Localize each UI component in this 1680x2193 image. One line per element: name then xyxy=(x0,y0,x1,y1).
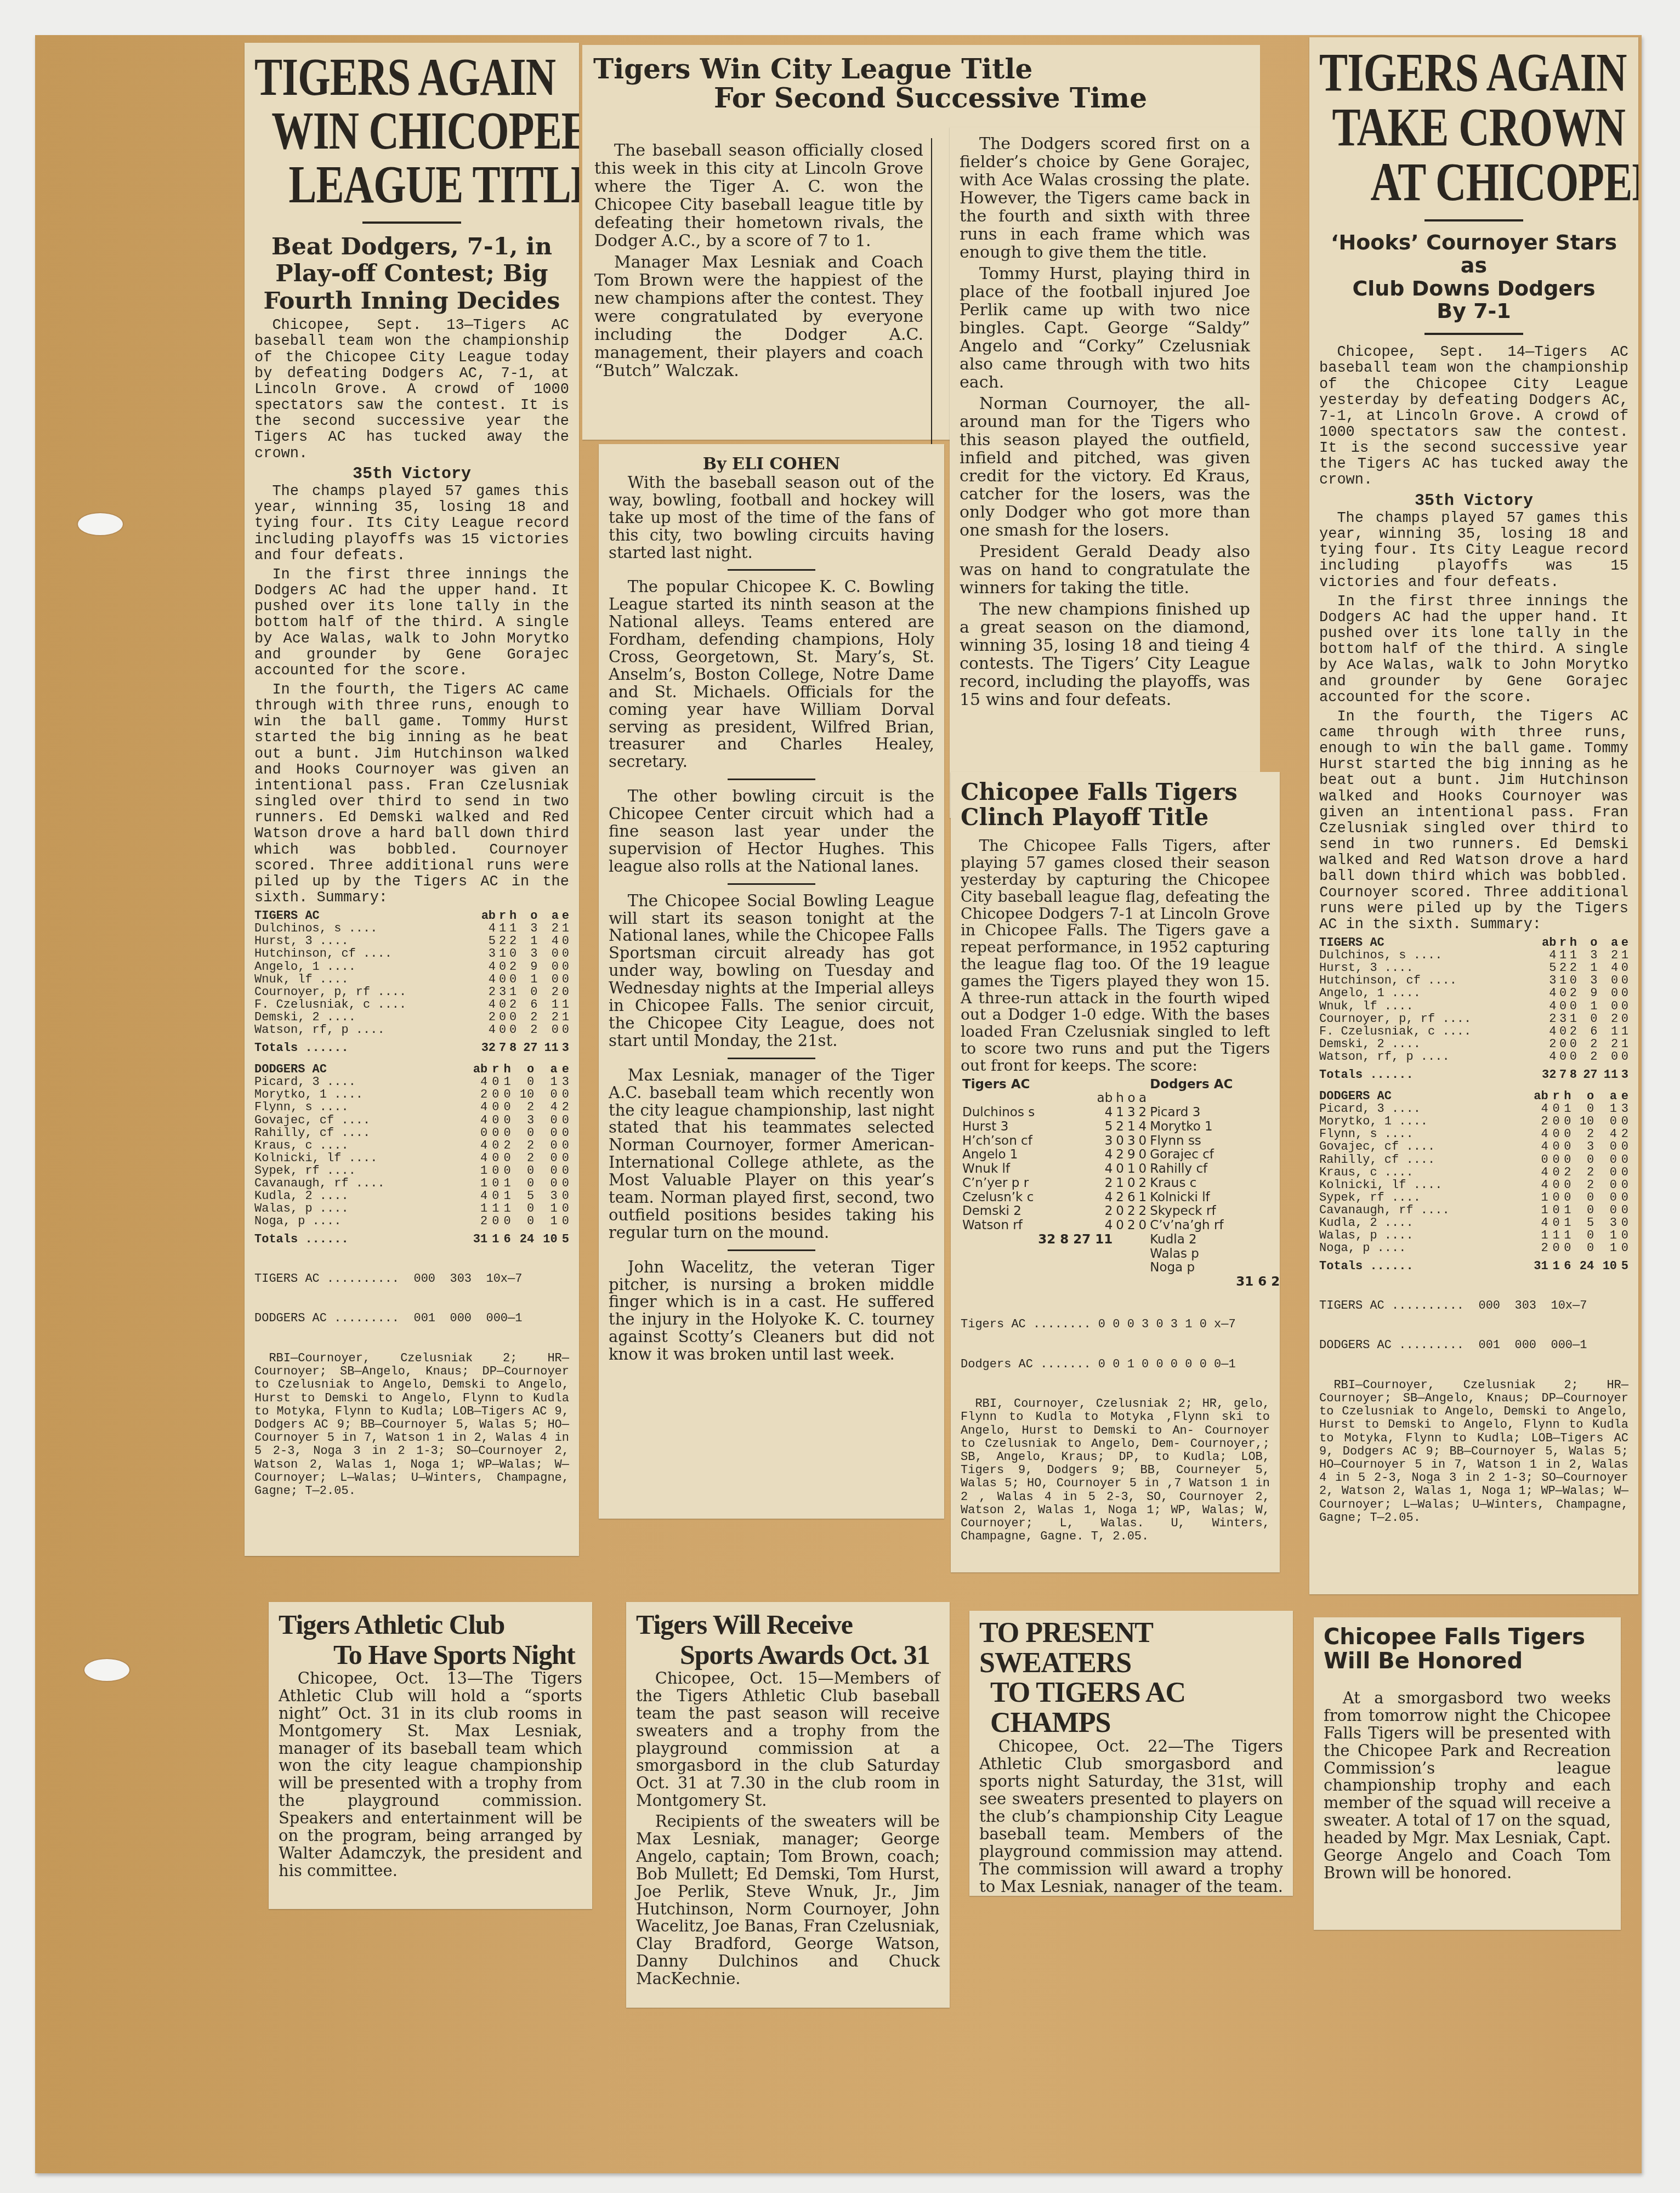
box-score-row: Walas, p ....111010 xyxy=(1319,1229,1628,1242)
clipping-clinch-playoff-title: Chicopee Falls Tigers Clinch Playoff Tit… xyxy=(951,772,1280,1572)
box-score-row: Walas, p ....111010 xyxy=(254,1202,569,1215)
box-score-row: Demski, 2 ....200221 xyxy=(254,1011,569,1024)
article-column-1: The baseball season officially closed th… xyxy=(594,141,923,383)
box-score-row: Morytko, 1 ....2001000 xyxy=(254,1088,569,1101)
clipping-will-be-honored: Chicopee Falls Tigers Will Be Honored At… xyxy=(1314,1617,1621,1930)
box-score-row: Czelusn’k c4261 xyxy=(961,1191,1148,1205)
article-body: At a smorgasbord two weeks from tomorrow… xyxy=(1324,1690,1611,1882)
box-score-totals: Totals ......327827113 xyxy=(1319,1063,1628,1081)
box-score-row: Dodgers AC xyxy=(1148,1078,1280,1092)
box-score-row: Kudla 24153 xyxy=(1148,1233,1280,1247)
box-score-totals: Totals ......327827113 xyxy=(254,1036,569,1054)
subhead: ‘Hooks’ Cournoyer Stars as Club Downs Do… xyxy=(1319,231,1628,323)
box-score-row: Kolnicki, lf ....400200 xyxy=(1319,1179,1628,1191)
box-score-row: Kraus c4220 xyxy=(1148,1177,1280,1191)
game-notes: RBI—Cournoyer, Czelusniak 2; HR—Cournoye… xyxy=(1319,1379,1628,1525)
box-score-dodgers: DODGERS ACabrhoaePicard, 3 ....401013Mor… xyxy=(1319,1090,1628,1272)
box-score-row: Demski, 2 ....200221 xyxy=(1319,1038,1628,1050)
box-score-row: Hurst, 3 ....522140 xyxy=(1319,962,1628,974)
headline: Chicopee Falls Tigers Clinch Playoff Tit… xyxy=(961,780,1270,830)
article-body: Chicopee, Sept. 14—Tigers AC baseball te… xyxy=(1319,345,1628,933)
clipping-present-sweaters: TO PRESENT SWEATERS TO TIGERS AC CHAMPS … xyxy=(969,1611,1293,1896)
article-body: Chicopee, Oct. 22—The Tigers Athletic Cl… xyxy=(979,1738,1283,1896)
box-score-row: Noga p2001 xyxy=(1148,1261,1280,1275)
article-body: The Chicopee Falls Tigers, after playing… xyxy=(961,838,1270,1074)
box-score-row: C’n’yer p r2102 xyxy=(961,1177,1148,1191)
box-score-row: Hutchinson, cf ....310300 xyxy=(254,947,569,960)
article-column-2: The Dodgers scored first on a fielder’s … xyxy=(950,127,1260,818)
box-score-row: F. Czelusniak, c ....402611 xyxy=(1319,1025,1628,1038)
box-score-row: Cournoyer, p, rf ....231020 xyxy=(1319,1013,1628,1025)
box-score-row: Flynn, s ....400242 xyxy=(1319,1128,1628,1140)
box-score-row: Gorajec cf4030 xyxy=(1148,1148,1280,1162)
box-score-row: 31 6 24 10 xyxy=(1148,1275,1280,1289)
box-score-dodgers: DODGERS ACabrhoaePicard, 3 ....401013Mor… xyxy=(254,1063,569,1246)
box-score-row: Dulchinos, s ....411321 xyxy=(254,922,569,935)
line-score: TIGERS AC .......... 000 303 10x—7 DODGE… xyxy=(254,1246,569,1353)
box-score-row: Hurst 35214 xyxy=(961,1120,1148,1134)
box-score-row: F. Czelusniak, c ....402611 xyxy=(254,998,569,1011)
box-score-row: Dulchinos s4132 xyxy=(961,1106,1148,1120)
box-score-header: DODGERS ACabrhoae xyxy=(254,1063,569,1076)
box-score-row: Morytko 120100 xyxy=(1148,1120,1280,1134)
clipping-sports-night: Tigers Athletic Club To Have Sports Nigh… xyxy=(269,1602,592,1909)
box-score-tigers: TIGERS ACabrhoaeDulchinos, s ....411321H… xyxy=(254,910,569,1054)
box-score-header: TIGERS ACabrhoae xyxy=(254,910,569,922)
box-score-row: Skypeck rf1000 xyxy=(1148,1205,1280,1219)
box-score-row: Hutchinson, cf ....310300 xyxy=(1319,974,1628,987)
box-score-row: Wnuk, lf ....400100 xyxy=(1319,1000,1628,1013)
box-score-row: Watson rf4020 xyxy=(961,1219,1148,1233)
headline: Tigers Will Receive Sports Awards Oct. 3… xyxy=(636,1610,940,1670)
line-score: Tigers AC ........ 0 0 0 3 0 3 1 0 x—7 D… xyxy=(961,1292,1270,1398)
divider xyxy=(728,883,815,885)
box-score-tigers: TIGERS ACabrhoaeDulchinos, s ....411321H… xyxy=(1319,936,1628,1081)
box-score-row: Picard, 3 ....401013 xyxy=(1319,1103,1628,1115)
clipping-sports-awards: Tigers Will Receive Sports Awards Oct. 3… xyxy=(626,1602,950,2008)
box-score-tigers: Tigers ACabhoaDulchinos s4132Hurst 35214… xyxy=(961,1078,1148,1247)
section-heading: 35th Victory xyxy=(1319,492,1628,510)
box-score-row: H’ch’son cf3030 xyxy=(961,1134,1148,1149)
box-score-row: Noga, p ....200010 xyxy=(254,1215,569,1228)
box-score-row: Angelo 14290 xyxy=(961,1148,1148,1162)
box-score-row: Tigers AC xyxy=(961,1078,1148,1092)
box-score-row: Rahilly cf0000 xyxy=(1148,1162,1280,1177)
line-score: TIGERS AC .......... 000 303 10x—7 DODGE… xyxy=(1319,1272,1628,1379)
box-score-row: Watson, rf, p ....400200 xyxy=(1319,1050,1628,1063)
article-body: Chicopee, Sept. 13—Tigers AC baseball te… xyxy=(254,318,569,906)
headline: Tigers Win City League Title For Second … xyxy=(593,55,1251,112)
box-score-row: Wnuk lf4010 xyxy=(961,1162,1148,1177)
box-score-row: Cavanaugh, rf ....101000 xyxy=(254,1177,569,1190)
box-score-row: Sypek, rf ....100000 xyxy=(1319,1191,1628,1204)
box-score-row: Angelo, 1 ....402900 xyxy=(1319,987,1628,999)
box-score-row: Kolnicki, lf ....400200 xyxy=(254,1152,569,1164)
box-score-row: Dulchinos, s ....411321 xyxy=(1319,949,1628,962)
article-body: Chicopee, Oct. 13—The Tigers Athletic Cl… xyxy=(279,1670,582,1880)
box-score-dodgers: Dodgers ACabhoaPicard 34101Morytko 12010… xyxy=(1148,1078,1280,1289)
clipping-tigers-again-take-crown: TIGERS AGAIN TAKE CROWN AT CHICOPEE ‘Hoo… xyxy=(1309,37,1638,1594)
box-score-totals: Totals ......311624105 xyxy=(1319,1254,1628,1272)
box-score-header: TIGERS ACabrhoae xyxy=(1319,936,1628,949)
subhead: Beat Dodgers, 7-1, in Play-off Contest; … xyxy=(254,234,569,315)
box-score-row: Picard, 3 ....401013 xyxy=(254,1076,569,1088)
section-heading: 35th Victory xyxy=(254,465,569,483)
divider xyxy=(728,1249,815,1251)
box-score-row: C’v’na’gh rf1100 xyxy=(1148,1219,1280,1233)
box-score-row: Watson, rf, p ....400200 xyxy=(254,1024,569,1036)
game-notes: RBI—Cournoyer, Czelusniak 2; HR—Cournoye… xyxy=(254,1352,569,1498)
headline: TIGERS AGAIN WIN CHICOPEE LEAGUE TITLE xyxy=(254,50,500,212)
divider xyxy=(728,779,815,780)
divider xyxy=(1424,333,1523,335)
byline: By ELI COHEN xyxy=(609,455,934,473)
box-score-row: Rahilly, cf ....000000 xyxy=(1319,1154,1628,1166)
box-score-row: Wnuk, lf ....400100 xyxy=(254,973,569,986)
box-score-row: Cournoyer, p, rf ....231020 xyxy=(254,986,569,998)
box-score-row: abhoa xyxy=(1148,1092,1280,1106)
divider xyxy=(362,221,461,224)
box-score-row: Sypek, rf ....100000 xyxy=(254,1164,569,1177)
box-score-row: Kolnicki lf4020 xyxy=(1148,1191,1280,1205)
box-score-row: Picard 34101 xyxy=(1148,1106,1280,1120)
box-score-row: Demski 22022 xyxy=(961,1205,1148,1219)
box-score-row: Hurst, 3 ....522140 xyxy=(254,935,569,947)
box-score-row: Cavanaugh, rf ....101000 xyxy=(1319,1204,1628,1217)
divider xyxy=(728,569,815,571)
box-score-row: Flynn ss4024 xyxy=(1148,1134,1280,1149)
box-score-row: Kudla, 2 ....401530 xyxy=(1319,1217,1628,1229)
box-score-row: Rahilly, cf ....000000 xyxy=(254,1127,569,1139)
box-score-totals: Totals ......311624105 xyxy=(254,1228,569,1246)
box-score-row: Walas p1101 xyxy=(1148,1247,1280,1262)
box-score-row: Kraus, c ....402200 xyxy=(254,1139,569,1152)
box-score-row: Morytko, 1 ....2001000 xyxy=(1319,1115,1628,1128)
game-notes: RBI, Cournoyer, Czelusniak 2; HR, gelo, … xyxy=(961,1397,1270,1543)
headline: TIGERS AGAIN TAKE CROWN AT CHICOPEE xyxy=(1319,45,1560,209)
box-score-row: Flynn, s ....400242 xyxy=(254,1101,569,1113)
headline: TO PRESENT SWEATERS TO TIGERS AC CHAMPS xyxy=(979,1618,1283,1738)
box-score-row: Kraus, c ....402200 xyxy=(1319,1166,1628,1179)
box-score-row: Govajec, cf ....400300 xyxy=(1319,1140,1628,1153)
box-score-row: Govajec, cf ....400300 xyxy=(254,1114,569,1127)
clipping-tigers-again-win-title: TIGERS AGAIN WIN CHICOPEE LEAGUE TITLE B… xyxy=(245,43,579,1556)
headline: Chicopee Falls Tigers Will Be Honored xyxy=(1324,1625,1611,1673)
headline: Tigers Athletic Club To Have Sports Nigh… xyxy=(279,1610,582,1670)
box-score-row: abhoa xyxy=(961,1092,1148,1106)
clipping-eli-cohen-column: By ELI COHEN With the baseball season ou… xyxy=(599,444,944,1519)
binder-hole-top xyxy=(77,512,124,536)
article-body: Chicopee, Oct. 15—Members of the Tigers … xyxy=(636,1670,940,1988)
divider xyxy=(728,1058,815,1059)
box-score-compact: Tigers ACabhoaDulchinos s4132Hurst 35214… xyxy=(961,1078,1270,1289)
box-score-row: Angelo, 1 ....402900 xyxy=(254,961,569,973)
box-score-row: Noga, p ....200010 xyxy=(1319,1242,1628,1254)
box-score-row: 32 8 27 11 xyxy=(961,1233,1148,1247)
box-score-row: Kudla, 2 ....401530 xyxy=(254,1190,569,1202)
box-score-header: DODGERS ACabrhoae xyxy=(1319,1090,1628,1103)
divider xyxy=(1424,219,1523,221)
binder-hole-bottom xyxy=(83,1658,130,1682)
